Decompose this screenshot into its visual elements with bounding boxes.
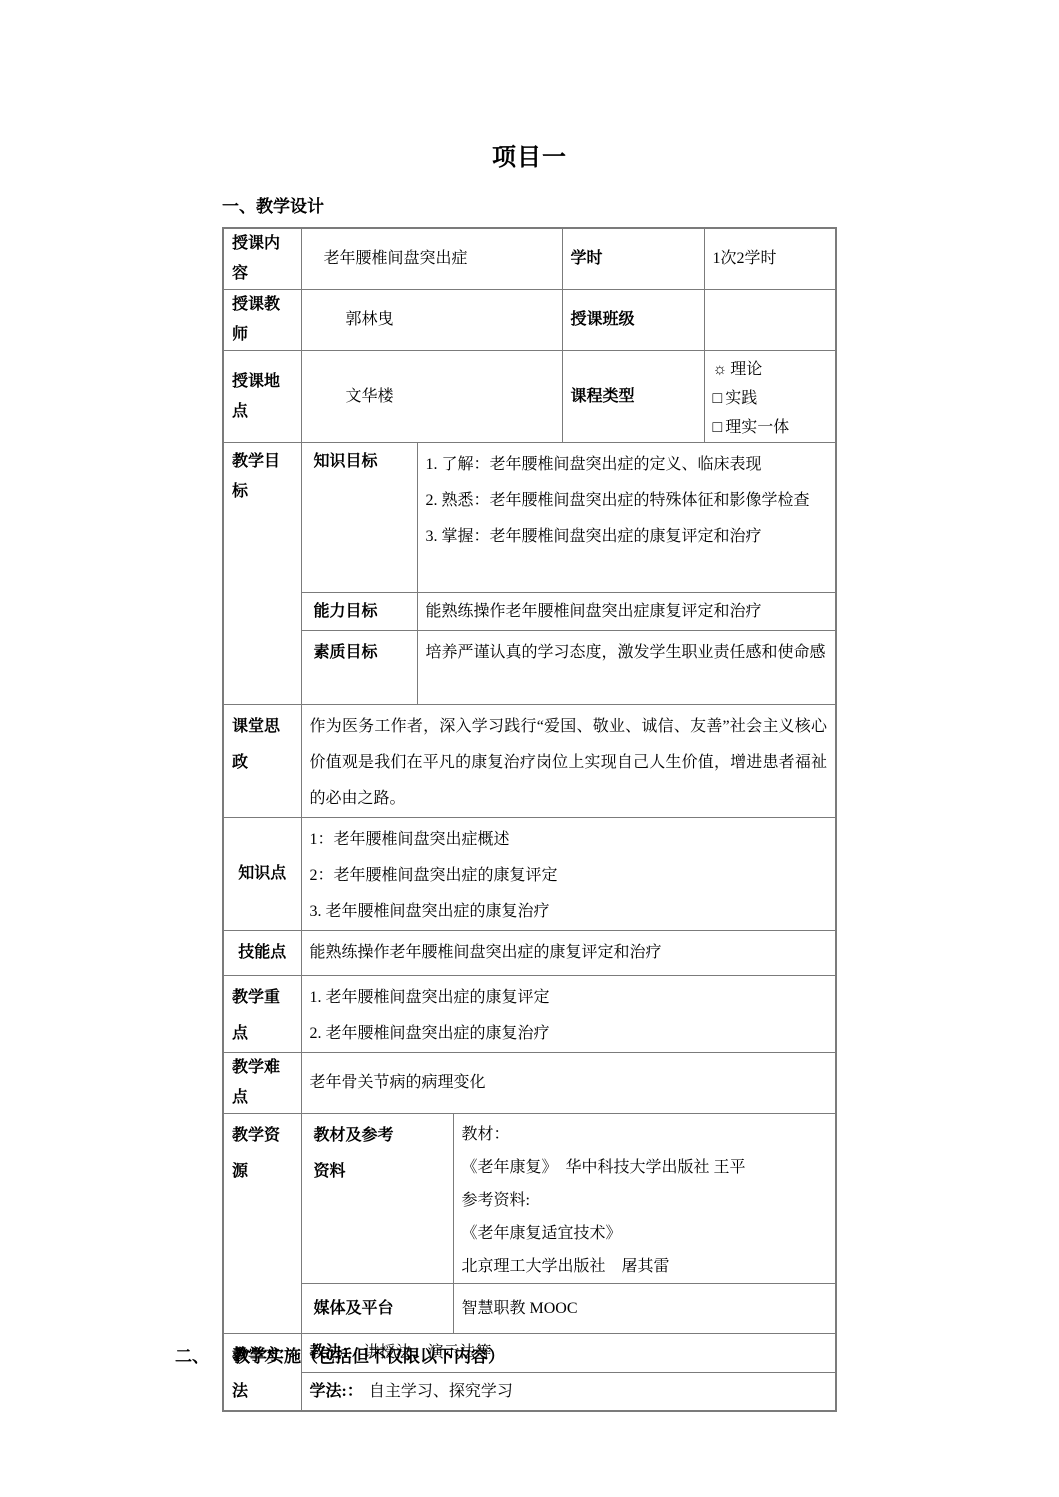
section-2-number: 二、 — [175, 1342, 233, 1367]
knowledge-points-header: 知识点 — [223, 818, 301, 931]
class-value — [704, 290, 836, 351]
resources-header: 教学资源 — [223, 1114, 301, 1334]
objectives-header: 教学目标 — [223, 443, 301, 705]
objective-item: 2. 熟悉：老年腰椎间盘突出症的特殊体征和影像学检查 — [426, 483, 828, 519]
knowledge-objective-content: 1. 了解：老年腰椎间盘突出症的定义、临床表现 2. 熟悉：老年腰椎间盘突出症的… — [417, 443, 836, 593]
ideology-content: 作为医务工作者，深入学习践行“爱国、敬业、诚信、友善”社会主义核心价值观是我们在… — [301, 705, 836, 818]
difficult-points-content: 老年骨关节病的病理变化 — [301, 1053, 836, 1114]
option-label: 理论 — [730, 361, 762, 378]
hours-label: 学时 — [562, 228, 704, 290]
quality-objective-label: 素质目标 — [301, 631, 417, 705]
table-row: 教学资源 教材及参考 资料 教材： 《老年康复》 华中科技大学出版社 王平 参考… — [223, 1114, 836, 1284]
course-content-value: 老年腰椎间盘突出症 — [301, 228, 562, 290]
ability-objective-label: 能力目标 — [301, 593, 417, 631]
table-row: 授课教师 郭林曳 授课班级 — [223, 290, 836, 351]
course-type-label: 课程类型 — [562, 351, 704, 443]
location-value: 文华楼 — [301, 351, 562, 443]
doc-title: 项目一 — [0, 137, 1059, 172]
ability-objective-content: 能熟练操作老年腰椎间盘突出症康复评定和治疗 — [417, 593, 836, 631]
objective-item: 3. 掌握：老年腰椎间盘突出症的康复评定和治疗 — [426, 519, 828, 555]
table-row: 教学目标 知识目标 1. 了解：老年腰椎间盘突出症的定义、临床表现 2. 熟悉：… — [223, 443, 836, 593]
checkbox-empty-icon[interactable]: □ — [713, 384, 723, 413]
location-label: 授课地点 — [223, 351, 301, 443]
table-row: 教学难点 老年骨关节病的病理变化 — [223, 1053, 836, 1114]
quality-objective-content: 培养严谨认真的学习态度，激发学生职业责任感和使命感 — [417, 631, 836, 705]
table-row: 素质目标 培养严谨认真的学习态度，激发学生职业责任感和使命感 — [223, 631, 836, 705]
option-theory[interactable]: ☼理论 — [713, 355, 828, 384]
section-2-title: 教学实施（包括但不仅限以下内容） — [233, 1347, 505, 1366]
radio-selected-icon[interactable]: ☼ — [713, 355, 728, 384]
table-row: 课堂思政 作为医务工作者，深入学习践行“爱国、敬业、诚信、友善”社会主义核心价值… — [223, 705, 836, 818]
teacher-label: 授课教师 — [223, 290, 301, 351]
section-1-heading: 一、教学设计 — [222, 192, 324, 217]
material-content: 教材： 《老年康复》 华中科技大学出版社 王平 参考资料: 《老年康复适宜技术》… — [453, 1114, 836, 1284]
class-label: 授课班级 — [562, 290, 704, 351]
teaching-design-table: 授课内容 老年腰椎间盘突出症 学时 1次2学时 授课教师 郭林曳 授课班级 授课… — [222, 227, 837, 1412]
option-label: 实践 — [725, 390, 757, 407]
material-label: 教材及参考 资料 — [301, 1114, 453, 1284]
hours-value: 1次2学时 — [704, 228, 836, 290]
table-row: 学法:：自主学习、探究学习 — [223, 1373, 836, 1411]
course-type-options: ☼理论 □实践 □理实一体 — [704, 351, 836, 443]
table-row: 媒体及平台 智慧职教 MOOC — [223, 1284, 836, 1334]
skill-points-content: 能熟练操作老年腰椎间盘突出症的康复评定和治疗 — [301, 931, 836, 976]
option-label: 理实一体 — [725, 419, 789, 436]
knowledge-objective-label: 知识目标 — [301, 443, 417, 593]
learning-method-text: 自主学习、探究学习 — [369, 1383, 513, 1400]
learning-method-content: 学法:：自主学习、探究学习 — [301, 1373, 836, 1411]
objective-item: 1. 了解：老年腰椎间盘突出症的定义、临床表现 — [426, 447, 828, 483]
key-points-content: 1. 老年腰椎间盘突出症的康复评定 2. 老年腰椎间盘突出症的康复治疗 — [301, 976, 836, 1053]
platform-content: 智慧职教 MOOC — [453, 1284, 836, 1334]
table-row: 能力目标 能熟练操作老年腰椎间盘突出症康复评定和治疗 — [223, 593, 836, 631]
knowledge-points-content: 1：老年腰椎间盘突出症概述 2：老年腰椎间盘突出症的康复评定 3. 老年腰椎间盘… — [301, 818, 836, 931]
difficult-points-header: 教学难点 — [223, 1053, 301, 1114]
skill-points-header: 技能点 — [223, 931, 301, 976]
table-row: 知识点 1：老年腰椎间盘突出症概述 2：老年腰椎间盘突出症的康复评定 3. 老年… — [223, 818, 836, 931]
learning-method-label: 学法:： — [310, 1383, 363, 1400]
platform-label: 媒体及平台 — [301, 1284, 453, 1334]
table-row: 授课内容 老年腰椎间盘突出症 学时 1次2学时 — [223, 228, 836, 290]
section-2-heading: 二、教学实施（包括但不仅限以下内容） — [175, 1342, 505, 1367]
table-row: 授课地点 文华楼 课程类型 ☼理论 □实践 □理实一体 — [223, 351, 836, 443]
key-points-header: 教学重点 — [223, 976, 301, 1053]
option-theory-practice[interactable]: □理实一体 — [713, 413, 828, 442]
option-practice[interactable]: □实践 — [713, 384, 828, 413]
teacher-value: 郭林曳 — [301, 290, 562, 351]
table-row: 技能点 能熟练操作老年腰椎间盘突出症的康复评定和治疗 — [223, 931, 836, 976]
checkbox-empty-icon[interactable]: □ — [713, 413, 723, 442]
document-page: 项目一 一、教学设计 授课内容 老年腰椎间盘突出症 学时 1次2学时 授课教师 … — [0, 0, 1059, 1497]
ideology-header: 课堂思政 — [223, 705, 301, 818]
table-row: 教学重点 1. 老年腰椎间盘突出症的康复评定 2. 老年腰椎间盘突出症的康复治疗 — [223, 976, 836, 1053]
course-content-label: 授课内容 — [223, 228, 301, 290]
